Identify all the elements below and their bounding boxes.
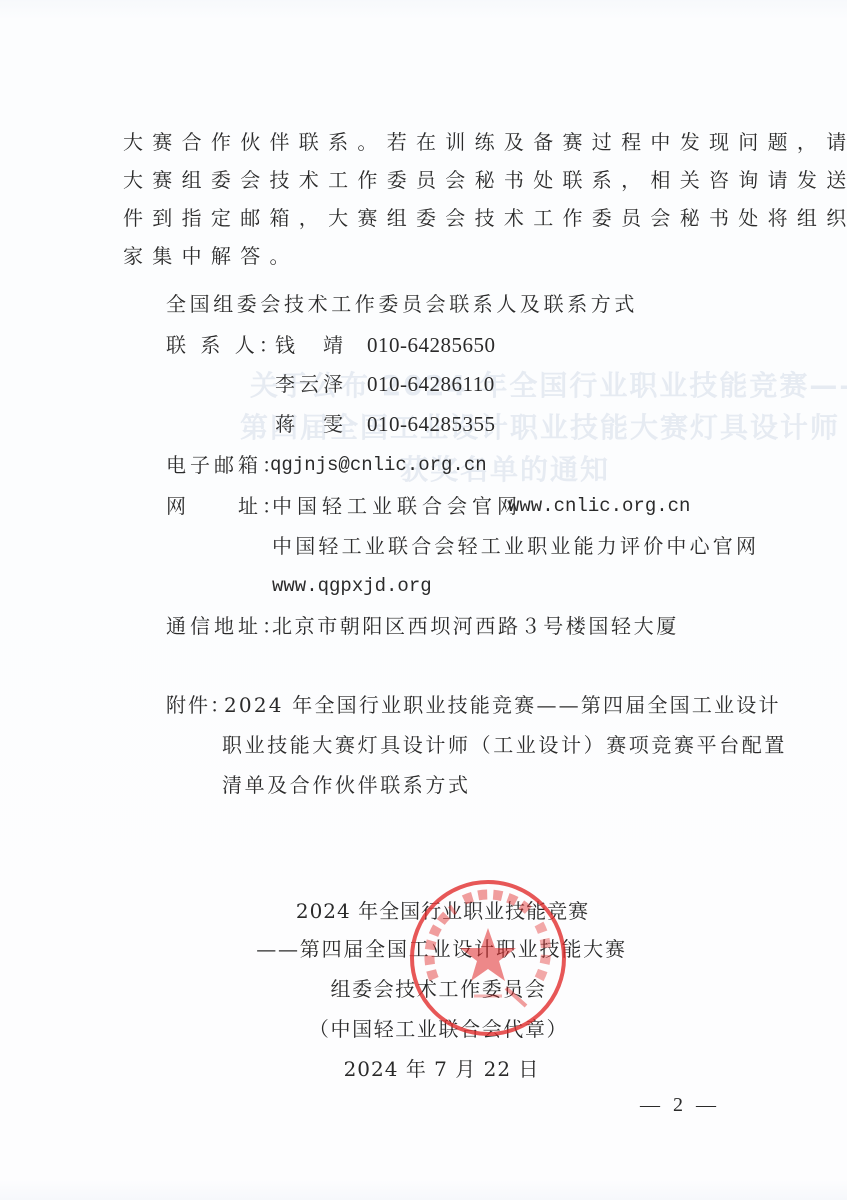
- contact-name: 钱 靖: [275, 333, 347, 357]
- signature-line: （中国轻工业联合会代章）: [0, 1017, 847, 1041]
- website-text: 中国轻工业联合会官网: [272, 494, 522, 518]
- signature-line: ——第四届全国工业设计职业技能大赛: [0, 937, 847, 961]
- page-number: — 2 —: [640, 1094, 720, 1117]
- contact-phone: 010-64285650: [367, 333, 496, 357]
- email-label: 电子邮箱：: [166, 453, 286, 477]
- website-url[interactable]: www.qgpxjd.org: [272, 574, 432, 598]
- body-line: 家集中解答。: [123, 244, 299, 268]
- contacts-label: 联 系 人：: [166, 333, 283, 357]
- contacts-heading: 全国组委会技术工作委员会联系人及联系方式: [166, 292, 638, 316]
- website-url[interactable]: www.cnlic.org.cn: [508, 494, 690, 518]
- attachment-line: 2024 年全国行业职业技能竞赛——第四届全国工业设计: [224, 693, 781, 717]
- website-label: 网 址：: [166, 494, 286, 518]
- contact-name: 蒋 雯: [275, 412, 347, 436]
- contact-phone: 010-64285355: [367, 412, 496, 436]
- attachment-line: 职业技能大赛灯具设计师（工业设计）赛项竞赛平台配置: [222, 733, 787, 757]
- body-line: 件到指定邮箱，大赛组委会技术工作委员会秘书处将组织相关专: [123, 206, 847, 230]
- address-value: 北京市朝阳区西坝河西路３号楼国轻大厦: [272, 614, 679, 638]
- document-page: 关于公布 2024 年全国行业职业技能竞赛—— 第四届全国工业设计职业技能大赛灯…: [0, 0, 847, 1200]
- attachment-label: 附件：: [166, 693, 232, 717]
- website-text: 中国轻工业联合会轻工业职业能力评价中心官网: [272, 534, 759, 558]
- contact-name: 李云泽: [275, 372, 347, 396]
- signature-line: 组委会技术工作委员会: [0, 977, 847, 1001]
- signature-date: 2024 年 7 月 22 日: [0, 1057, 847, 1081]
- email-value[interactable]: qgjnjs@cnlic.org.cn: [270, 453, 487, 477]
- contact-phone: 010-64286110: [367, 372, 495, 396]
- attachment-line: 清单及合作伙伴联系方式: [222, 773, 471, 797]
- body-line: 大赛组委会技术工作委员会秘书处联系，相关咨询请发送电子邮: [123, 168, 847, 192]
- address-label: 通信地址：: [166, 614, 286, 638]
- body-line: 大赛合作伙伴联系。若在训练及备赛过程中发现问题，请及时与: [123, 130, 847, 154]
- signature-line: 2024 年全国行业职业技能竞赛: [0, 899, 847, 923]
